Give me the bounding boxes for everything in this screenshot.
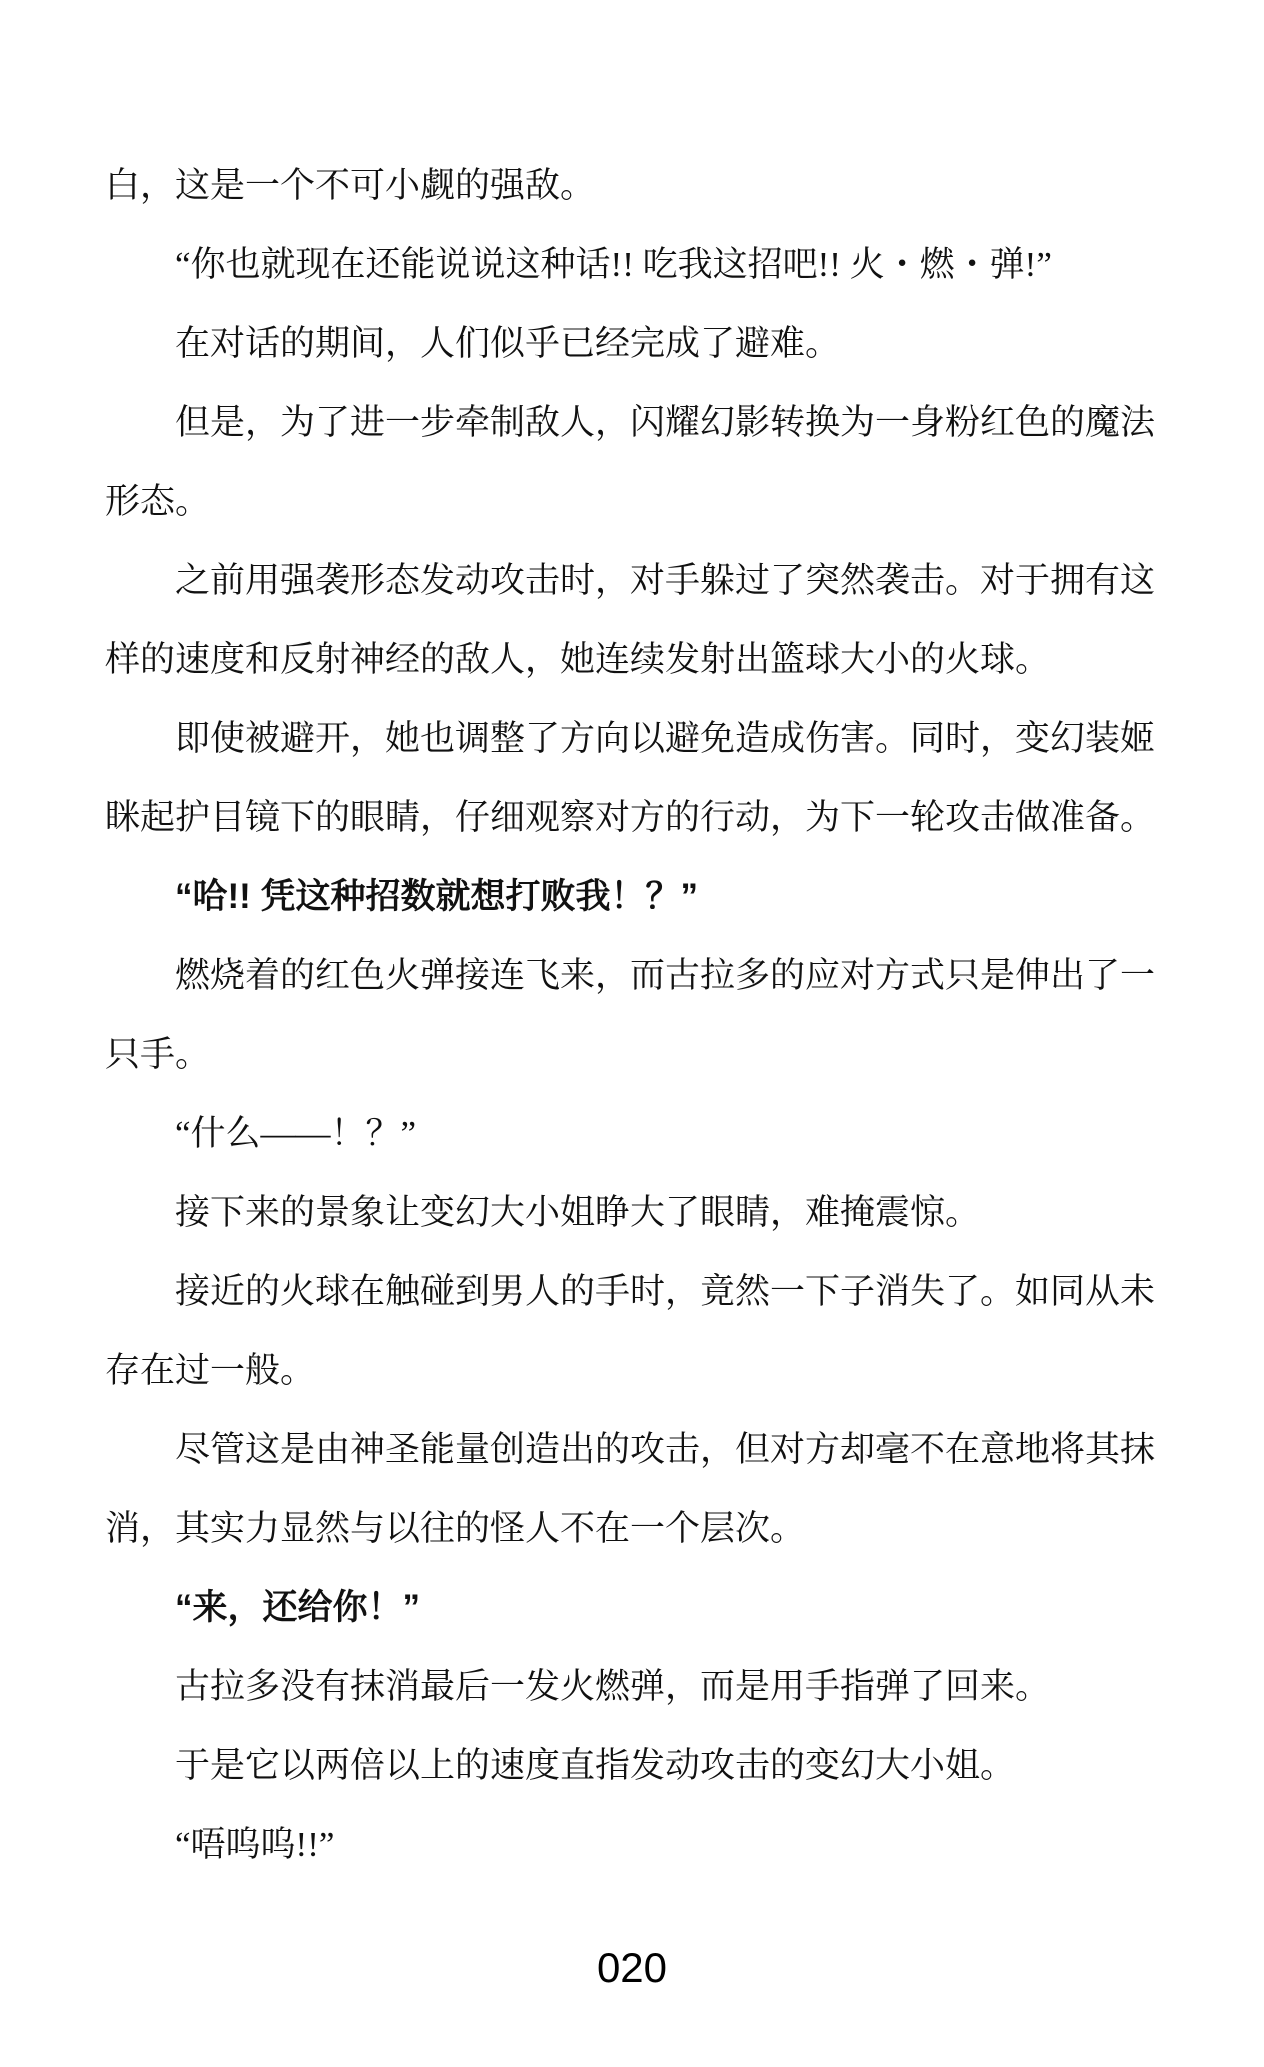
book-page: 白，这是一个不可小觑的强敌。 “你也就现在还能说说这种话!! 吃我这招吧!! 火… xyxy=(0,0,1264,2067)
text-block: 白，这是一个不可小觑的强敌。 “你也就现在还能说说这种话!! 吃我这招吧!! 火… xyxy=(105,146,1155,1884)
text-line: 眯起护目镜下的眼睛，仔细观察对方的行动，为下一轮攻击做准备。 xyxy=(105,778,1155,857)
text-line: “什么——！？” xyxy=(105,1094,1155,1173)
text-line: 在对话的期间，人们似乎已经完成了避难。 xyxy=(105,304,1155,383)
text-line-bold-dialogue: “哈!! 凭这种招数就想打败我！？” xyxy=(105,857,1155,936)
text-line: “你也就现在还能说说这种话!! 吃我这招吧!! 火・燃・弹!” xyxy=(105,225,1155,304)
text-line: 燃烧着的红色火弹接连飞来，而古拉多的应对方式只是伸出了一 xyxy=(105,936,1155,1015)
text-line: 白，这是一个不可小觑的强敌。 xyxy=(105,146,1155,225)
text-line: 接近的火球在触碰到男人的手时，竟然一下子消失了。如同从未 xyxy=(105,1252,1155,1331)
text-line: 形态。 xyxy=(105,462,1155,541)
text-line: 古拉多没有抹消最后一发火燃弹，而是用手指弹了回来。 xyxy=(105,1647,1155,1726)
text-line: 接下来的景象让变幻大小姐睁大了眼睛，难掩震惊。 xyxy=(105,1173,1155,1252)
text-line: 样的速度和反射神经的敌人，她连续发射出篮球大小的火球。 xyxy=(105,620,1155,699)
text-line: 之前用强袭形态发动攻击时，对手躲过了突然袭击。对于拥有这 xyxy=(105,541,1155,620)
text-line: “唔呜呜!!” xyxy=(105,1805,1155,1884)
text-line: 消，其实力显然与以往的怪人不在一个层次。 xyxy=(105,1489,1155,1568)
text-line: 但是，为了进一步牵制敌人，闪耀幻影转换为一身粉红色的魔法 xyxy=(105,383,1155,462)
text-line-bold-dialogue: “来，还给你！” xyxy=(105,1568,1155,1647)
text-line: 只手。 xyxy=(105,1015,1155,1094)
text-line: 存在过一般。 xyxy=(105,1331,1155,1410)
page-number: 020 xyxy=(0,1944,1264,1992)
text-line: 即使被避开，她也调整了方向以避免造成伤害。同时，变幻装姬 xyxy=(105,699,1155,778)
text-line: 于是它以两倍以上的速度直指发动攻击的变幻大小姐。 xyxy=(105,1726,1155,1805)
text-line: 尽管这是由神圣能量创造出的攻击，但对方却毫不在意地将其抹 xyxy=(105,1410,1155,1489)
